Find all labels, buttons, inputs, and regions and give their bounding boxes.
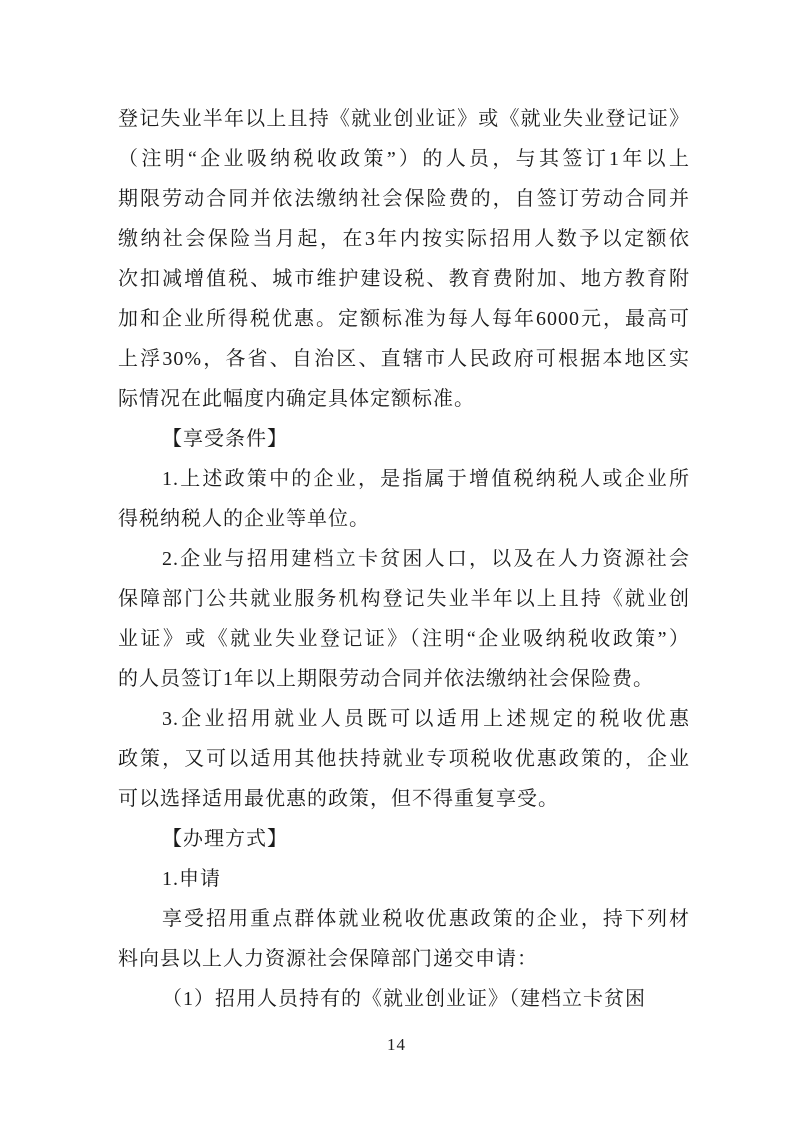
text-line: 享受招用重点群体就业税收优惠政策的企业，持下列材 xyxy=(118,899,690,939)
text-line: 加和企业所得税优惠。定额标准为每人每年6000元，最高可 xyxy=(118,299,690,339)
text-line: 料向县以上人力资源社会保障部门递交申请： xyxy=(118,939,690,979)
text-line: 次扣减增值税、城市维护建设税、教育费附加、地方教育附 xyxy=(118,259,690,299)
text-line: 的人员签订1年以上期限劳动合同并依法缴纳社会保险费。 xyxy=(118,659,690,699)
text-line: 上浮30%，各省、自治区、直辖市人民政府可根据本地区实 xyxy=(118,339,690,379)
text-line: 1.申请 xyxy=(118,859,690,899)
text-line: 得税纳税人的企业等单位。 xyxy=(118,499,690,539)
text-line: 保障部门公共就业服务机构登记失业半年以上且持《就业创 xyxy=(118,579,690,619)
text-line: 2.企业与招用建档立卡贫困人口，以及在人力资源社会 xyxy=(118,539,690,579)
text-line: 缴纳社会保险当月起，在3年内按实际招用人数予以定额依 xyxy=(118,219,690,259)
text-line: 1.上述政策中的企业，是指属于增值税纳税人或企业所 xyxy=(118,459,690,499)
document-text-block: 登记失业半年以上且持《就业创业证》或《就业失业登记证》（注明“企业吸纳税收政策”… xyxy=(118,99,690,1019)
text-line: 期限劳动合同并依法缴纳社会保险费的，自签订劳动合同并 xyxy=(118,179,690,219)
text-line: 业证》或《就业失业登记证》（注明“企业吸纳税收政策”） xyxy=(118,619,690,659)
text-line: 政策，又可以适用其他扶持就业专项税收优惠政策的，企业 xyxy=(118,739,690,779)
text-line: （1）招用人员持有的《就业创业证》（建档立卡贫困 xyxy=(118,979,690,1019)
page-number: 14 xyxy=(0,1036,793,1053)
document-page: 登记失业半年以上且持《就业创业证》或《就业失业登记证》（注明“企业吸纳税收政策”… xyxy=(0,0,793,1122)
text-line: 3.企业招用就业人员既可以适用上述规定的税收优惠 xyxy=(118,699,690,739)
text-line: 【享受条件】 xyxy=(118,419,690,459)
text-line: 际情况在此幅度内确定具体定额标准。 xyxy=(118,379,690,419)
text-line: 登记失业半年以上且持《就业创业证》或《就业失业登记证》 xyxy=(118,99,690,139)
text-line: （注明“企业吸纳税收政策”）的人员，与其签订1年以上 xyxy=(118,139,690,179)
text-line: 可以选择适用最优惠的政策，但不得重复享受。 xyxy=(118,779,690,819)
text-line: 【办理方式】 xyxy=(118,819,690,859)
